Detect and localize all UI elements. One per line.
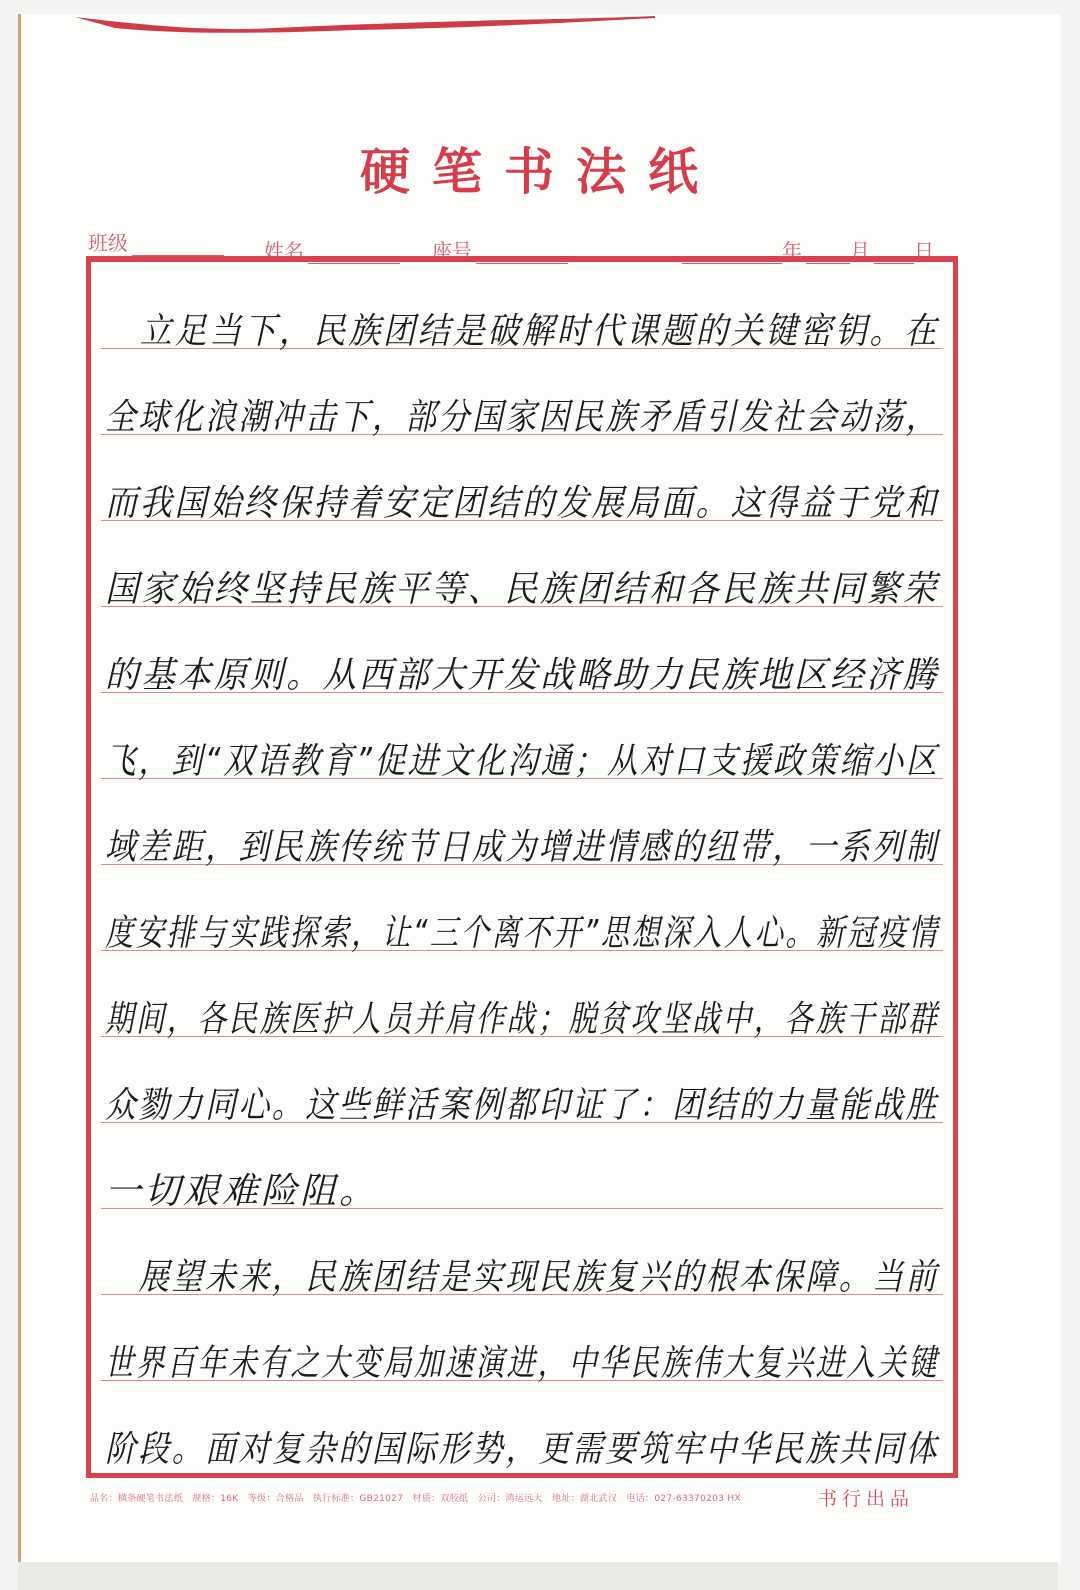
class-label: 班级 <box>88 231 128 255</box>
text-line: 飞，到“双语教育”促进文化沟通；从对口支援政策缩小区 <box>101 692 943 779</box>
text-line: 度安排与实践探索，让“三个离不开”思想深入人心。新冠疫情 <box>101 864 943 951</box>
text-line: 世界百年未有之大变局加速演进，中华民族伟大复兴进入关键 <box>101 1294 943 1381</box>
text-line: 展望未来，民族团结是实现民族复兴的根本保障。当前 <box>101 1208 943 1295</box>
text-line: 一切艰难险阻。 <box>101 1122 943 1209</box>
page-title: 硬笔书法纸 <box>0 132 1080 204</box>
text-line: 而我国始终保持着安定团结的发展局面。这得益于党和 <box>101 434 943 521</box>
text-line: 全球化浪潮冲击下，部分国家因民族矛盾引发社会动荡， <box>101 348 943 435</box>
brand-mark: 书行出品 <box>818 1484 914 1511</box>
text-line: 立足当下，民族团结是破解时代课题的关键密钥。在 <box>101 262 943 349</box>
text-line: 期间，各民族医护人员并肩作战；脱贫攻坚战中，各族干部群 <box>101 950 943 1037</box>
writing-frame: 立足当下，民族团结是破解时代课题的关键密钥。在 全球化浪潮冲击下，部分国家因民族… <box>86 256 958 1478</box>
torn-page-edge <box>55 14 655 34</box>
class-field: 班级 <box>88 227 224 256</box>
text-line: 国家始终坚持民族平等、民族团结和各民族共同繁荣 <box>101 520 943 607</box>
paper-spec-text: 品名：横条硬笔书法纸 规格：16K 等级：合格品 执行标准：GB21027 材质… <box>90 1491 741 1504</box>
text-line: 阶段。面对复杂的国际形势，更需要筑牢中华民族共同体 <box>101 1380 943 1466</box>
text-line: 的基本原则。从西部大开发战略助力民族地区经济腾 <box>101 606 943 693</box>
page-bottom-edge <box>18 1562 1058 1590</box>
text-line: 众勠力同心。这些鲜活案例都印证了：团结的力量能战胜 <box>101 1036 943 1123</box>
text-line: 域差距，到民族传统节日成为增进情感的纽带，一系列制 <box>101 778 943 865</box>
